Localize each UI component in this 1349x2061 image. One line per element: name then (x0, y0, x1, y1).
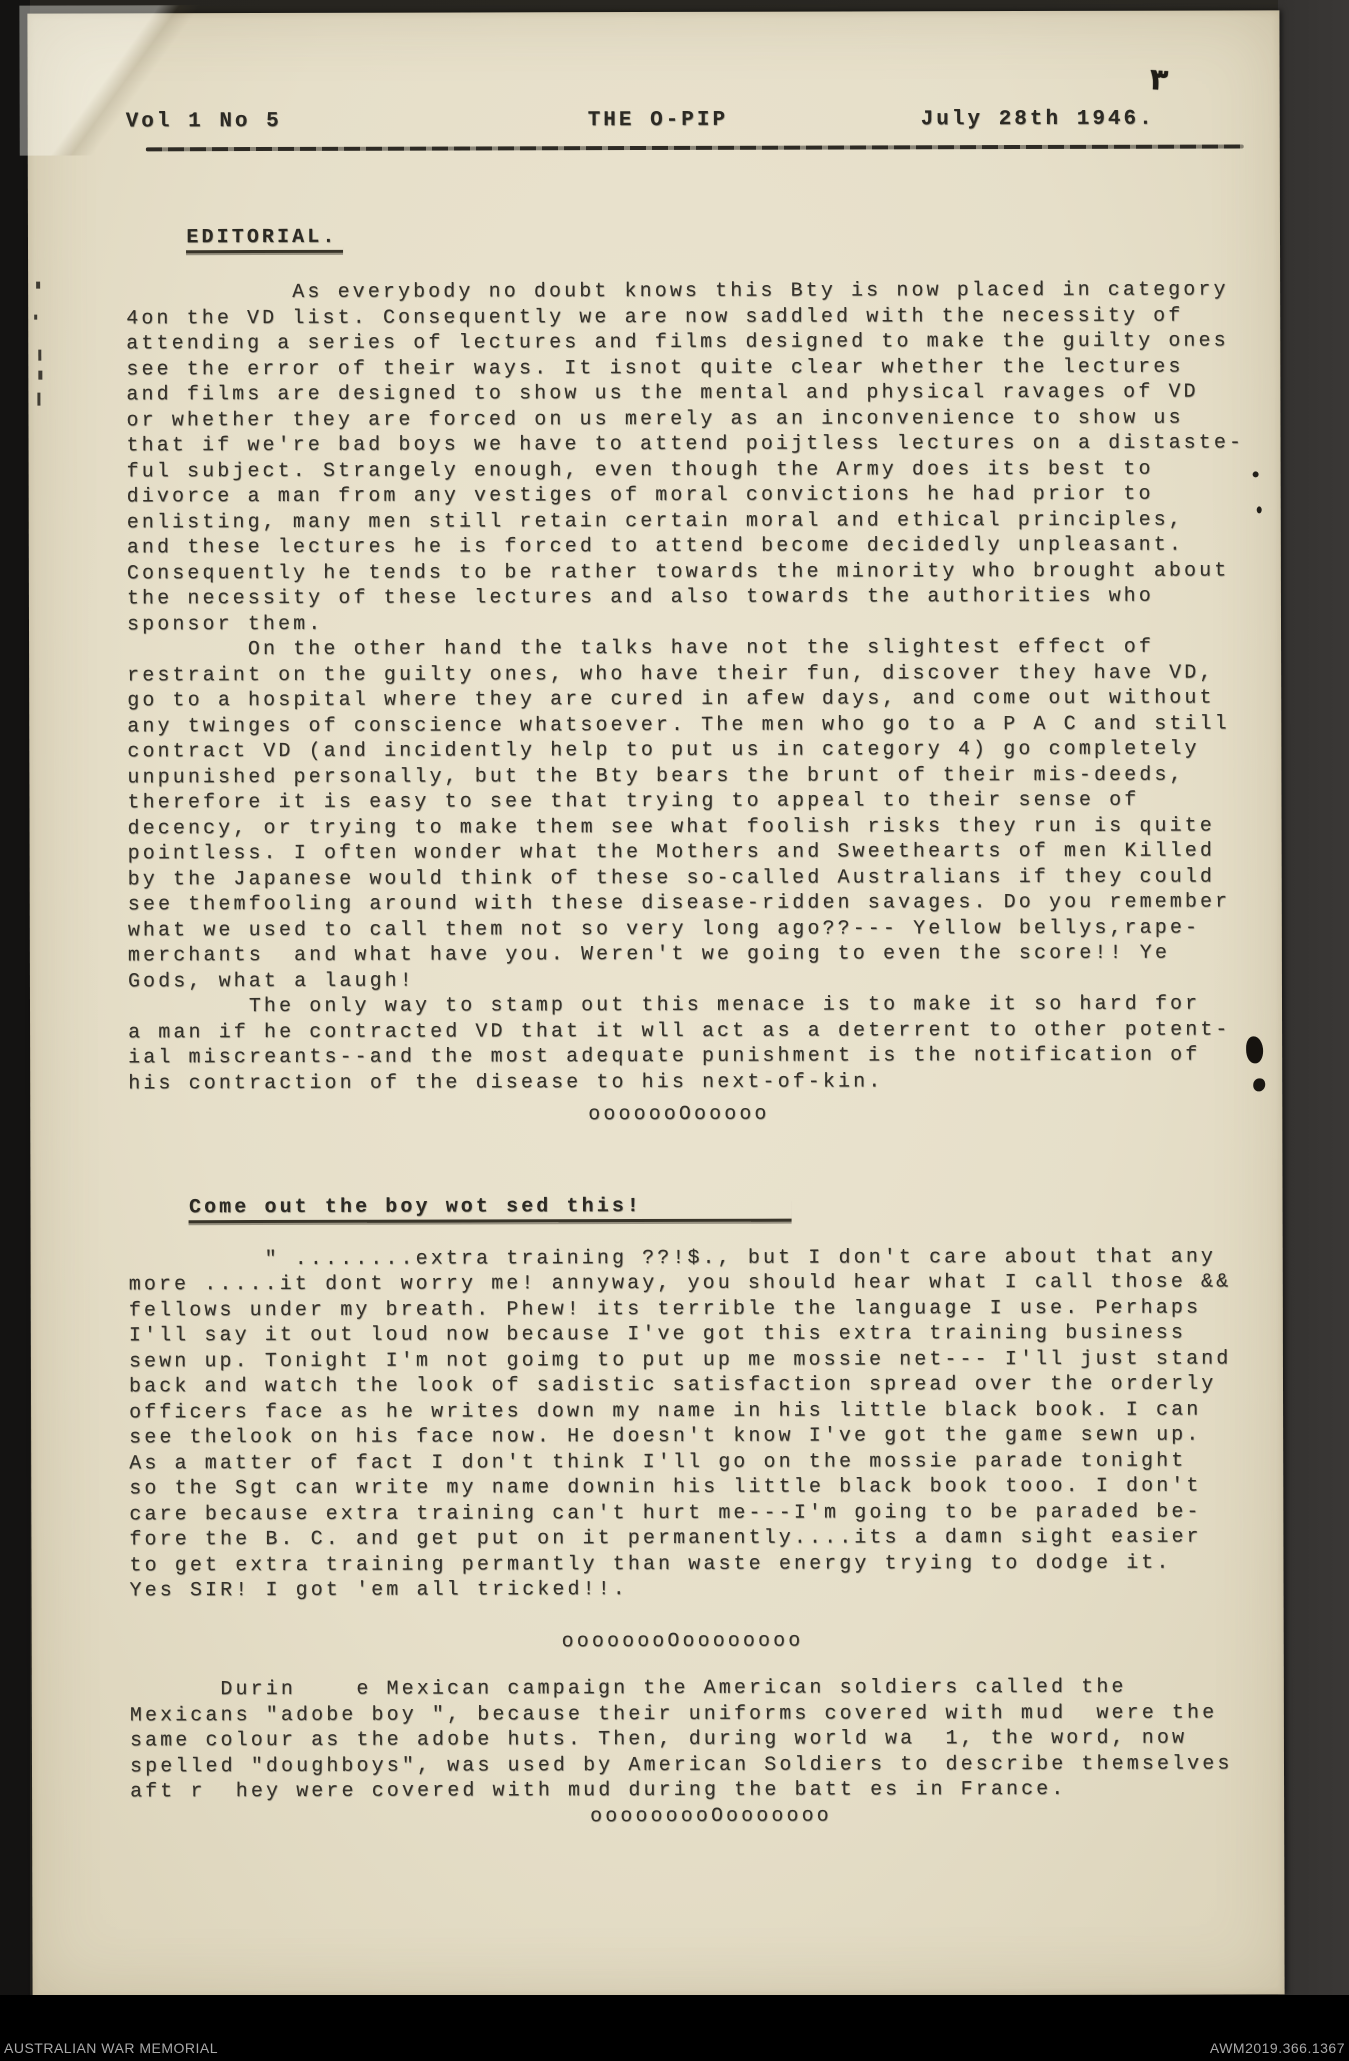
editorial-body: As everybody no doubt knows this Bty is … (126, 277, 1282, 1096)
boy-section-body: " ........extra training ??!$., but I do… (129, 1244, 1284, 1604)
scan-viewport: { "page": { "volume": "Vol 1 No 5", "tit… (0, 0, 1349, 2061)
scanned-page: ٣ Vol 1 No 5 THE O-PIP July 28th 1946. E… (27, 10, 1284, 1997)
boy-section-heading: Come out the boy wot sed this! (128, 1171, 792, 1242)
archive-name-label: AUSTRALIAN WAR MEMORIAL (4, 2040, 218, 2056)
doughboy-section-body: Durin e Mexican campaign the American so… (130, 1674, 1284, 1805)
ink-dot (1257, 506, 1262, 513)
separator-1: ooooooOooooo (128, 1100, 1282, 1129)
ink-dot (1253, 471, 1259, 477)
ink-speck (37, 393, 40, 406)
header-rule (146, 144, 1244, 151)
handwritten-mark: ٣ (1148, 62, 1169, 98)
ink-speck (38, 371, 42, 380)
archive-footer-bar: AUSTRALIAN WAR MEMORIAL AWM2019.366.1367 (0, 1995, 1349, 2061)
volume-number: Vol 1 No 5 (126, 109, 282, 135)
newsletter-header: Vol 1 No 5 THE O-PIP July 28th 1946. (28, 106, 1280, 143)
editorial-heading: EDITORIAL. (126, 203, 344, 273)
ink-speck (34, 315, 37, 320)
archive-id-label: AWM2019.366.1367 (1210, 2040, 1345, 2056)
ink-speck (36, 282, 40, 289)
issue-date: July 28th 1946. (921, 107, 1155, 133)
newsletter-title: THE O-PIP (588, 108, 728, 134)
separator-2: oooooooOoooooooo (130, 1627, 1284, 1656)
ink-speck (38, 350, 41, 361)
separator-3: ooooooooOooooooo (130, 1802, 1284, 1831)
ink-blot (1246, 1036, 1263, 1063)
